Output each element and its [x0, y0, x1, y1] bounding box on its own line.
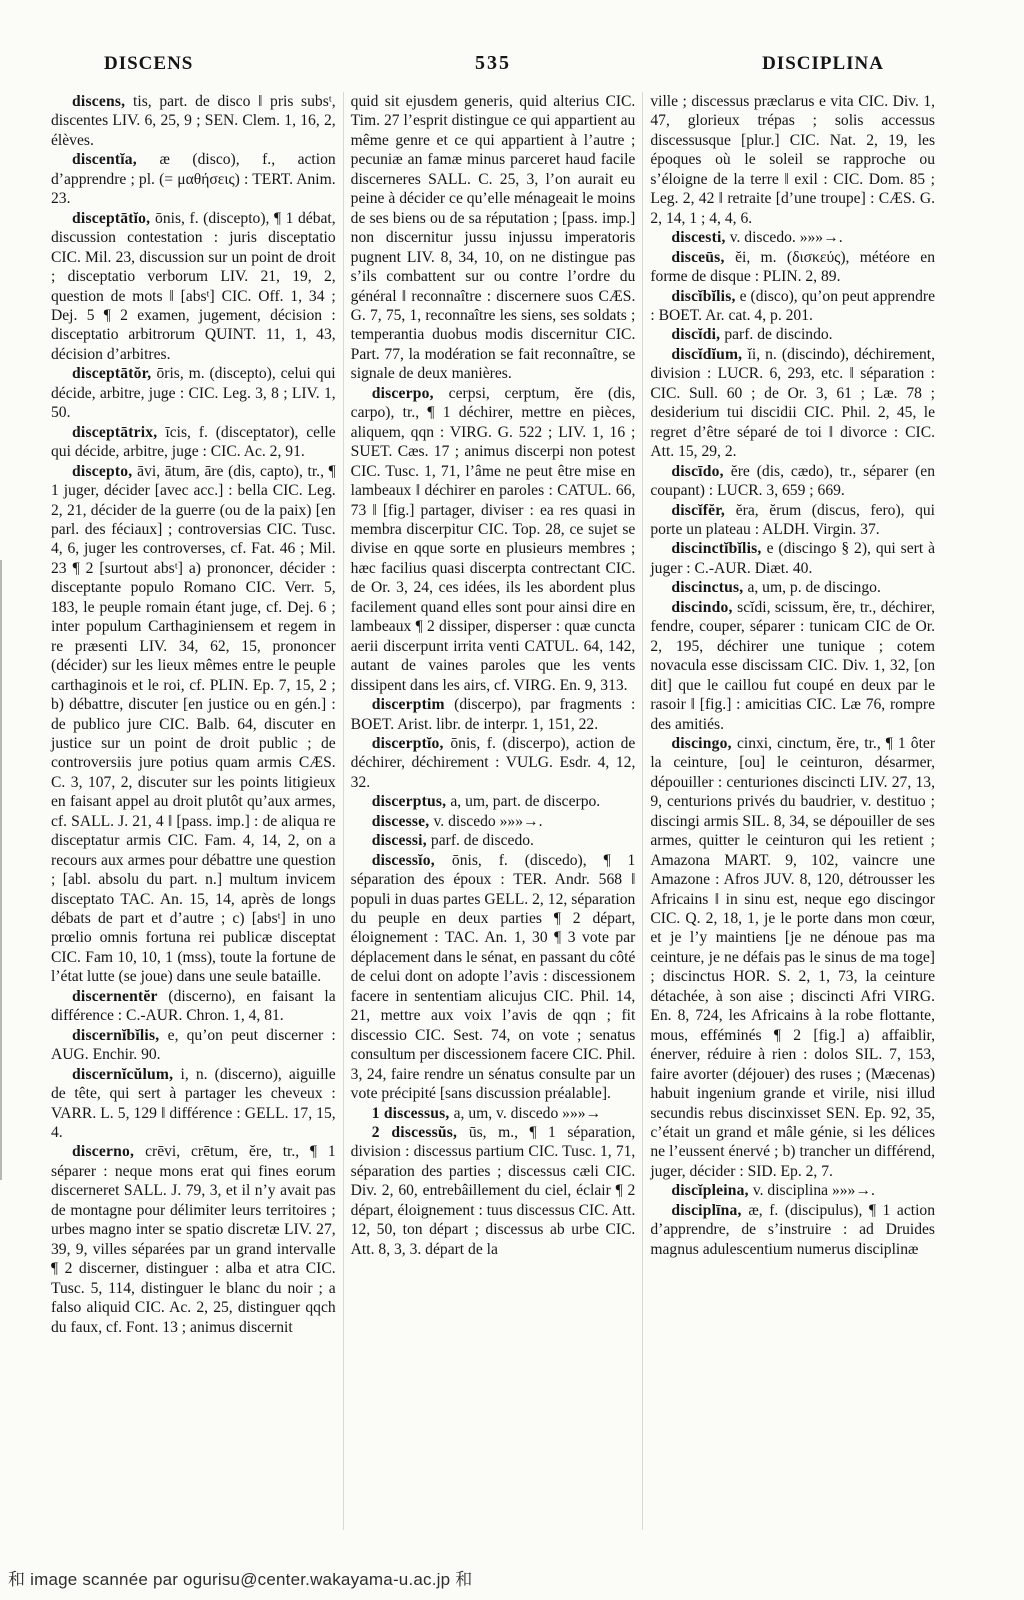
- scan-credit-line: 和 image scannée par ogurisu@center.wakay…: [8, 1565, 472, 1590]
- entry-headword: discernĭcŭlum,: [72, 1066, 180, 1083]
- entry-headword: discĭpleina,: [671, 1182, 752, 1199]
- entry-headword: disceptātrix,: [72, 424, 165, 441]
- entry-headword: discessi,: [372, 832, 431, 849]
- entry-headword: discerno,: [72, 1143, 145, 1160]
- dictionary-entry: discernentĕr (discerno), en faisant la d…: [51, 987, 336, 1026]
- dictionary-entry: discĭdĭum, ĭi, n. (discindo), déchiremen…: [650, 345, 935, 462]
- entry-headword: discesti,: [671, 229, 729, 246]
- text-column-2: quid sit ejusdem generis, quid alterius …: [343, 92, 643, 1530]
- entry-headword: discĭbĭlis,: [671, 288, 739, 305]
- entry-continuation: quid sit ejusdem generis, quid alterius …: [351, 92, 636, 384]
- entry-headword: discĭfĕr,: [671, 502, 735, 519]
- dictionary-entry: discĭbĭlis, e (disco), qu’on peut appren…: [650, 287, 935, 326]
- dictionary-entry: disciplīna, æ, f. (discipulus), ¶ 1 acti…: [650, 1201, 935, 1259]
- dictionary-entry: 1 discessus, a, um, v. discedo »»»→: [351, 1104, 636, 1123]
- entry-headword: discerpo,: [372, 385, 449, 402]
- dictionary-entry: discepto, āvi, ātum, āre (dis, capto), t…: [51, 462, 336, 987]
- entry-headword: discerptĭo,: [372, 735, 451, 752]
- dictionary-entry: discerpo, cerpsi, cerptum, ĕre (dis, car…: [351, 384, 636, 695]
- entry-headword: 2 discessŭs,: [372, 1124, 469, 1141]
- entry-headword: discingo,: [671, 735, 737, 752]
- dictionary-entry: discerno, crēvi, crētum, ĕre, tr., ¶ 1 s…: [51, 1142, 336, 1337]
- dictionary-entry: discessi, parf. de discedo.: [351, 831, 636, 850]
- dictionary-entry: discentĭa, æ (disco), f., action d’appre…: [51, 150, 336, 208]
- entry-headword: discessĭo,: [372, 852, 452, 869]
- dictionary-entry: disceptātrix, īcis, f. (disceptator), ce…: [51, 423, 336, 462]
- entry-headword: 1 discessus,: [372, 1105, 454, 1122]
- dictionary-entry: discerptim (discerpo), par fragments : B…: [351, 695, 636, 734]
- dictionary-entry: discĭdi, parf. de discindo.: [650, 325, 935, 344]
- running-head-right-word: DISCIPLINA: [511, 53, 942, 75]
- dictionary-entry: discessĭo, ōnis, f. (discedo), ¶ 1 sépar…: [351, 851, 636, 1104]
- dictionary-entry: disceūs, ĕi, m. (δισκεύς), météore en fo…: [650, 248, 935, 287]
- dictionary-entry: discernĭbĭlis, e, qu’on peut discerner :…: [51, 1026, 336, 1065]
- dictionary-entry: discīdo, ĕre (dis, cædo), tr., séparer (…: [650, 462, 935, 501]
- entry-headword: discĭdĭum,: [671, 346, 747, 363]
- entry-headword: discīdo,: [671, 463, 730, 480]
- scan-edge-artifact: [0, 560, 2, 1180]
- dictionary-entry: discens, tis, part. de disco ‖ pris subs…: [51, 92, 336, 150]
- entry-headword: discinctus,: [671, 579, 747, 596]
- entry-headword: discentĭa,: [72, 151, 160, 168]
- dictionary-entry: discerptĭo, ōnis, f. (discerpo), action …: [351, 734, 636, 792]
- entry-headword: disceptātĭo,: [72, 210, 155, 227]
- entry-headword: discerptus,: [372, 793, 451, 810]
- dictionary-text-area: discens, tis, part. de disco ‖ pris subs…: [44, 92, 942, 1530]
- entry-headword: discĭdi,: [671, 326, 724, 343]
- entry-headword: discinctĭbĭlis,: [671, 540, 766, 557]
- dictionary-entry: discindo, scĭdi, scissum, ĕre, tr., déch…: [650, 598, 935, 734]
- dictionary-entry: discingo, cinxi, cinctum, ĕre, tr., ¶ 1 …: [650, 734, 935, 1181]
- entry-headword: disciplīna,: [671, 1202, 748, 1219]
- dictionary-entry: discesti, v. discedo. »»»→.: [650, 228, 935, 247]
- text-column-3: ville ; discessus præclarus e vita CIC. …: [642, 92, 942, 1530]
- running-head-left-word: DISCENS: [44, 53, 475, 75]
- dictionary-entry: disceptātĭo, ōnis, f. (discepto), ¶ 1 dé…: [51, 209, 336, 365]
- entry-headword: discerptim: [372, 696, 454, 713]
- entry-headword: disceūs,: [671, 249, 735, 266]
- text-column-1: discens, tis, part. de disco ‖ pris subs…: [44, 92, 343, 1530]
- entry-headword: discepto,: [72, 463, 137, 480]
- running-head: DISCENS 535 DISCIPLINA: [44, 52, 942, 75]
- dictionary-entry: discĭpleina, v. disciplina »»»→.: [650, 1181, 935, 1200]
- entry-headword: discindo,: [671, 599, 737, 616]
- entry-headword: discernentĕr: [72, 988, 168, 1005]
- entry-headword: discernĭbĭlis,: [72, 1027, 168, 1044]
- entry-headword: discesse,: [372, 813, 434, 830]
- entry-continuation: ville ; discessus præclarus e vita CIC. …: [650, 92, 935, 228]
- dictionary-entry: discernĭcŭlum, i, n. (discerno), aiguill…: [51, 1065, 336, 1143]
- dictionary-entry: discĭfĕr, ĕra, ĕrum (discus, fero), qui …: [650, 501, 935, 540]
- dictionary-entry: discinctus, a, um, p. de discingo.: [650, 578, 935, 597]
- entry-headword: discens,: [72, 93, 133, 110]
- dictionary-entry: disceptātŏr, ōris, m. (discepto), celui …: [51, 364, 336, 422]
- dictionary-entry: 2 discessŭs, ūs, m., ¶ 1 séparation, div…: [351, 1123, 636, 1259]
- dictionary-entry: discerptus, a, um, part. de discerpo.: [351, 792, 636, 811]
- dictionary-entry: discinctĭbĭlis, e (discingo § 2), qui se…: [650, 539, 935, 578]
- page-number: 535: [475, 52, 511, 75]
- dictionary-entry: discesse, v. discedo »»»→.: [351, 812, 636, 831]
- entry-headword: disceptātŏr,: [72, 365, 156, 382]
